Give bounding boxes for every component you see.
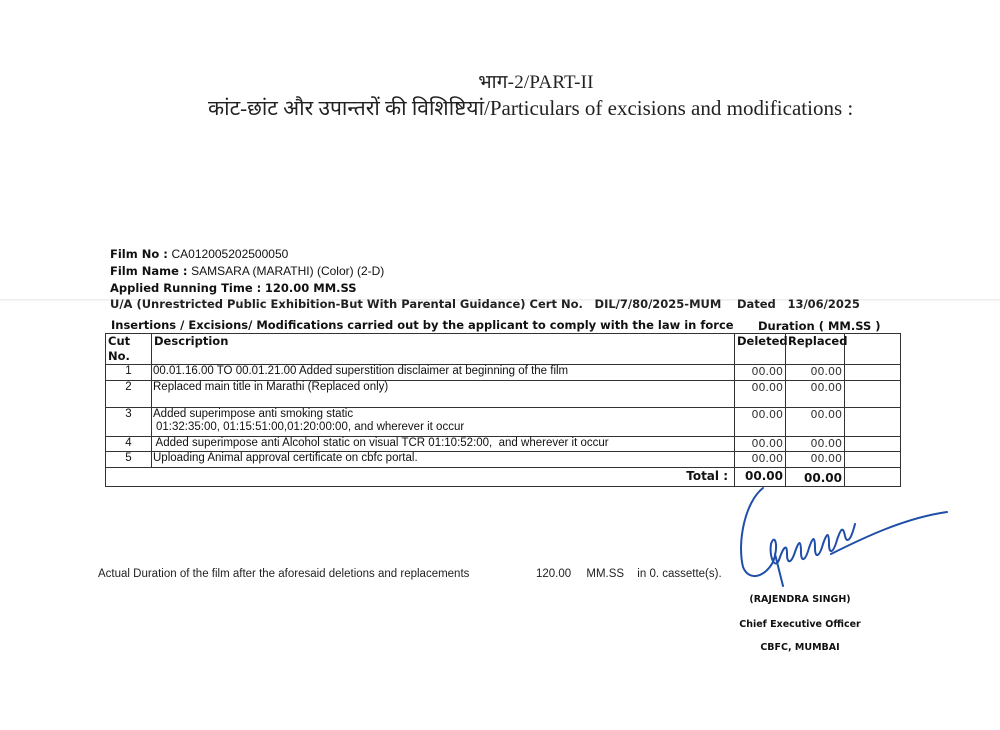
certificate-date: 13/06/2025 — [787, 297, 859, 311]
column-header-replaced: Replaced — [786, 334, 845, 365]
cut-description: Added superimpose anti smoking static 01… — [152, 408, 735, 437]
film-no-value: CA012005202500050 — [172, 247, 289, 261]
film-name-line: Film Name : SAMSARA (MARATHI) (Color) (2… — [110, 264, 384, 278]
particulars-title: कांट-छांट और उपान्तरों की विशिष्टियां/Pa… — [208, 94, 853, 122]
signatory-organization: CBFC, MUMBAI — [700, 642, 900, 653]
cut-description: 00.01.16.00 TO 00.01.21.00 Added superst… — [152, 365, 735, 381]
cut-description: Added superimpose anti Alcohol static on… — [152, 437, 735, 452]
actual-duration-value-line: 120.00 MM.SS in 0. cassette(s). — [536, 568, 722, 580]
table-row: 1 00.01.16.00 TO 00.01.21.00 Added super… — [106, 365, 901, 381]
cut-description-line-2: 01:32:35:00, 01:15:51:00,01:20:00:00, an… — [153, 421, 732, 434]
cut-description: Uploading Animal approval certificate on… — [152, 452, 735, 468]
running-time-line: Applied Running Time : 120.00 MM.SS — [110, 281, 357, 295]
blank-cell — [845, 381, 901, 408]
column-header-deleted: Deleted — [735, 334, 786, 365]
column-header-blank — [845, 334, 901, 365]
signatory-name: (RAJENDRA SINGH) — [700, 594, 900, 605]
deleted-duration: 00.00 — [735, 452, 786, 468]
signatory-title: Chief Executive Officer — [700, 619, 900, 630]
film-no-label: Film No : — [110, 247, 168, 261]
replaced-duration: 00.00 — [786, 452, 845, 468]
actual-duration-unit: MM.SS — [586, 568, 624, 580]
certificate-category: U/A (Unrestricted Public Exhibition-But … — [110, 297, 583, 311]
deleted-duration: 00.00 — [735, 365, 786, 381]
cut-description-line-1: Added superimpose anti smoking static — [153, 408, 732, 421]
certificate-line: U/A (Unrestricted Public Exhibition-But … — [110, 297, 860, 311]
cassette-count: in 0. cassette(s). — [637, 568, 721, 580]
column-header-cut-no: Cut No. — [106, 334, 152, 365]
blank-cell — [845, 452, 901, 468]
table-row: 4 Added superimpose anti Alcohol static … — [106, 437, 901, 452]
cut-number: 2 — [106, 381, 152, 408]
deleted-duration: 00.00 — [735, 408, 786, 437]
cut-number: 5 — [106, 452, 152, 468]
deleted-duration: 00.00 — [735, 381, 786, 408]
replaced-duration: 00.00 — [786, 408, 845, 437]
modifications-table: Cut No. Description Deleted Replaced 1 0… — [105, 333, 901, 487]
total-label: Total : — [106, 468, 735, 487]
table-row: 2 Replaced main title in Marathi (Replac… — [106, 381, 901, 408]
signature-icon — [735, 482, 950, 592]
cut-description: Replaced main title in Marathi (Replaced… — [152, 381, 735, 408]
duration-heading: Duration ( MM.SS ) — [758, 319, 881, 333]
blank-cell — [845, 437, 901, 452]
actual-duration-value: 120.00 — [536, 568, 571, 580]
part-title: भाग-2/PART-II — [0, 68, 1000, 94]
blank-cell — [845, 408, 901, 437]
table-header-row: Cut No. Description Deleted Replaced — [106, 334, 901, 365]
film-no-line: Film No : CA012005202500050 — [110, 247, 288, 261]
certificate-number: DIL/7/80/2025-MUM — [595, 297, 722, 311]
film-name-value: SAMSARA (MARATHI) (Color) (2-D) — [191, 264, 384, 278]
modifications-heading: Insertions / Excisions/ Modifications ca… — [111, 318, 734, 332]
column-header-description: Description — [152, 334, 735, 365]
film-name-label: Film Name : — [110, 264, 188, 278]
table-row: 3 Added superimpose anti smoking static … — [106, 408, 901, 437]
cut-number: 3 — [106, 408, 152, 437]
replaced-duration: 00.00 — [786, 365, 845, 381]
deleted-duration: 00.00 — [735, 437, 786, 452]
running-time-label: Applied Running Time : — [110, 281, 261, 295]
dated-label: Dated — [737, 297, 776, 311]
cut-number: 4 — [106, 437, 152, 452]
blank-cell — [845, 365, 901, 381]
table-row: 5 Uploading Animal approval certificate … — [106, 452, 901, 468]
replaced-duration: 00.00 — [786, 437, 845, 452]
running-time-value: 120.00 MM.SS — [265, 281, 357, 295]
cut-number: 1 — [106, 365, 152, 381]
actual-duration-label: Actual Duration of the film after the af… — [98, 568, 469, 580]
replaced-duration: 00.00 — [786, 381, 845, 408]
